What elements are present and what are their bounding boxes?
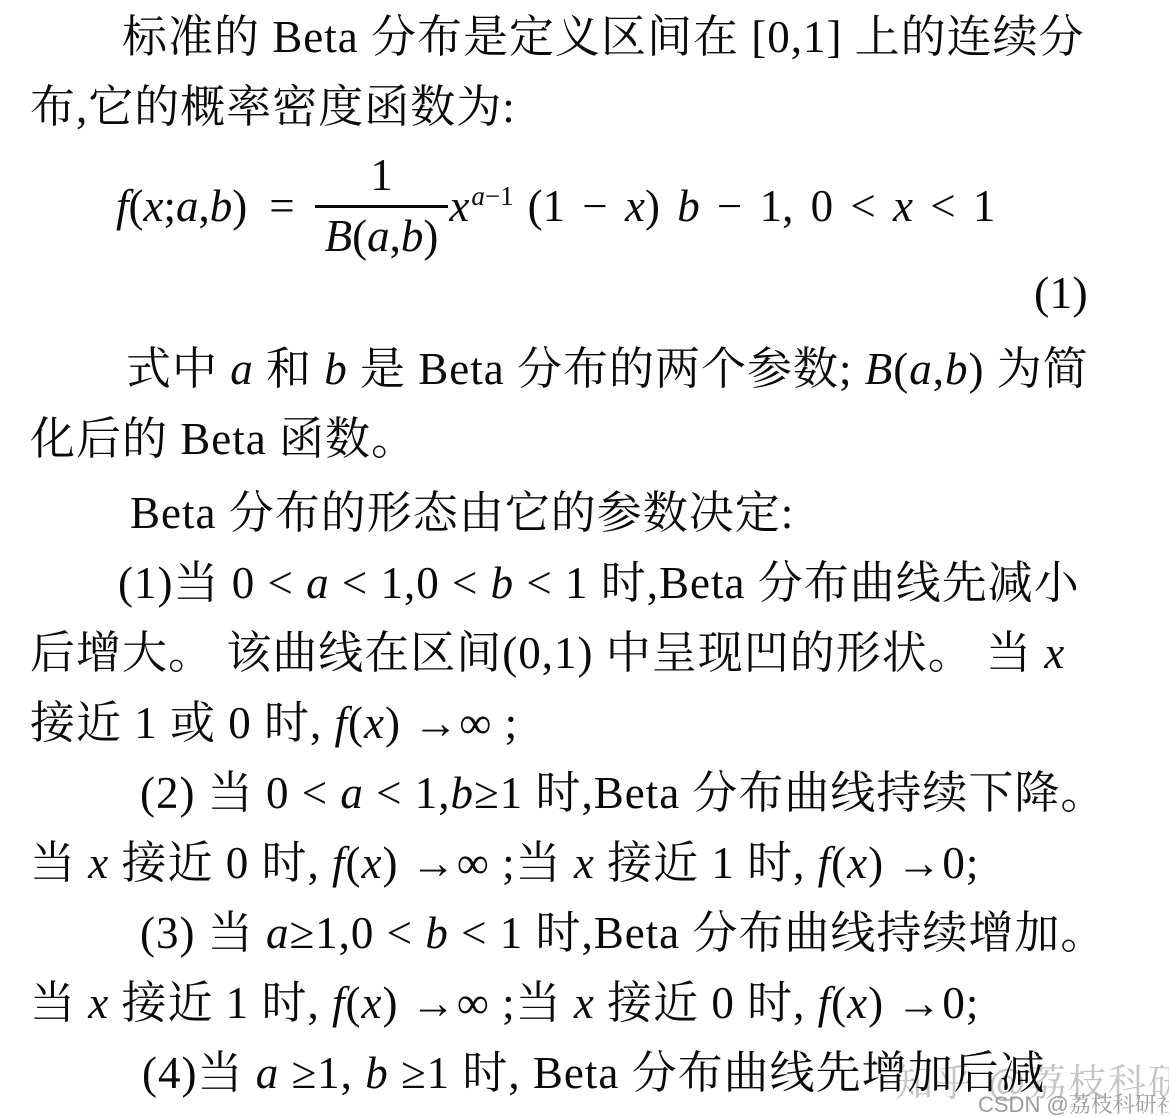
list-item-4-line-1: (4)当 a ≥1, b ≥1 时, Beta 分布曲线先增加后减 [142,1046,1046,1100]
math-variable: b [945,344,969,394]
text-run: ( [893,344,909,394]
text-run: (3) 当 [140,908,266,958]
math-variable: f [335,698,349,748]
text-run: < 1 时,Beta 分布曲线先减小 [514,558,1080,608]
text-line-3: 式中 a 和 b 是 Beta 分布的两个参数; B(a,b) 为简 [126,342,1089,396]
math-variable: b [425,908,449,958]
text-run: ; [164,181,177,231]
list-item-2-line-2: 当 x 接近 0 时, f(x) →∞ ;当 x 接近 1 时, f(x) →0… [30,836,979,890]
formula-lhs: f(x;a,b) [116,180,247,232]
text-run: 当 [30,978,88,1028]
math-variable: f [818,838,832,888]
math-variable: f [332,838,346,888]
text-run: ≥1, [279,1048,365,1098]
math-variable: a [266,908,290,958]
text-run: ) [383,838,399,888]
math-variable: f [116,181,129,231]
text-run: 接近 1 或 0 时, [30,698,335,748]
math-variable: x [364,698,385,748]
math-variable: a [176,181,199,231]
math-variable: x [625,181,645,231]
math-variable: x [574,978,595,1028]
text-run: < 1 [913,181,995,231]
math-variable: a [340,768,364,818]
text-run: Beta 分布的形态由它的参数决定: [130,488,794,538]
text-run: →∞ ;当 [399,978,574,1028]
math-variable: x [88,978,109,1028]
text-run: −1 [485,181,514,211]
math-variable: a [306,558,330,608]
math-variable: f [332,978,346,1028]
math-variable: b [210,181,233,231]
text-run: ) [385,698,401,748]
text-run: ( [831,838,847,888]
math-variable: x [362,978,383,1028]
math-variable: b [677,181,700,231]
text-run: →∞ ; [401,698,518,748]
text-run: ≥1 时,Beta 分布曲线持续下降。 [474,768,1106,818]
text-run: , [199,181,210,231]
math-variable: b [491,558,515,608]
equation-number: (1) [1034,266,1088,319]
text-run: →0; [884,838,979,888]
text-line-2: 布,它的概率密度函数为: [30,80,516,134]
text-run: , [390,211,401,261]
fraction-numerator: 1 [360,152,403,204]
text-run: ( [346,838,362,888]
list-item-3-line-2: 当 x 接近 1 时, f(x) →∞ ;当 x 接近 0 时, f(x) →0… [30,976,979,1030]
text-run: (1)当 0 < [118,558,306,608]
text-run: 接近 0 时, [109,838,332,888]
text-run: ) [645,181,677,231]
math-variable: a [909,344,933,394]
text-run: < 1, [364,768,451,818]
text-run: ) [868,838,884,888]
fraction-denominator: B(a,b) [315,205,449,260]
text-run: (1 − [528,181,625,231]
text-run: 化后的 Beta 函数。 [30,414,417,464]
math-variable: a [230,344,254,394]
text-run: ) [423,211,438,261]
text-line-5: Beta 分布的形态由它的参数决定: [130,486,794,540]
text-line-1: 标准的 Beta 分布是定义区间在 [0,1] 上的连续分 [122,10,1085,64]
text-run: ) [969,344,985,394]
text-run: 接近 1 时, [109,978,332,1028]
text-run: ) [868,978,884,1028]
document-page: 标准的 Beta 分布是定义区间在 [0,1] 上的连续分 布,它的概率密度函数… [0,0,1169,1117]
text-run: 接近 0 时, [595,978,818,1028]
text-run: →∞ ;当 [399,838,574,888]
math-variable: a [256,1048,280,1098]
list-item-1-line-3: 接近 1 或 0 时, f(x) →∞ ; [30,696,518,750]
math-variable: x [362,838,383,888]
text-run: < 1 时,Beta 分布曲线持续增加。 [449,908,1107,958]
math-variable: x [1044,628,1065,678]
text-run: ) [232,181,247,231]
math-variable: f [818,978,832,1028]
math-variable: x [847,838,868,888]
text-run: , [933,344,945,394]
text-run: ( [348,698,364,748]
power-term: xa−1 [449,180,513,232]
math-variable: B [325,211,353,261]
math-variable: b [365,1048,389,1098]
math-variable: a [367,211,390,261]
text-run: ( [831,978,847,1028]
text-run: ( [352,211,367,261]
list-item-3-line-1: (3) 当 a≥1,0 < b < 1 时,Beta 分布曲线持续增加。 [140,906,1106,960]
list-item-2-line-1: (2) 当 0 < a < 1,b≥1 时,Beta 分布曲线持续下降。 [140,766,1106,820]
power-exponent: a−1 [471,181,513,211]
text-run: 式中 [126,344,230,394]
beta-pdf-formula: f(x;a,b) = 1 B(a,b) xa−1 (1 − x) b − 1, … [116,150,995,262]
equals-sign: = [269,180,294,232]
text-run: 布,它的概率密度函数为: [30,82,516,132]
text-run: 为简 [985,344,1089,394]
math-variable: a [471,181,485,211]
text-run: (4)当 [142,1048,256,1098]
watermark-csdn: CSDN @荔枝科研社 [978,1088,1169,1117]
text-run: ≥1,0 < [289,908,425,958]
text-run: 当 [30,838,88,888]
math-variable: b [401,211,424,261]
formula-fraction: 1 B(a,b) [315,152,449,260]
text-run: (2) 当 0 < [140,768,340,818]
text-run: < 1,0 < [330,558,491,608]
math-variable: x [574,838,595,888]
math-variable: x [893,181,913,231]
text-run: 标准的 Beta 分布是定义区间在 [0,1] 上的连续分 [122,12,1085,62]
text-run: − 1, 0 < [700,181,893,231]
power-base: x [449,181,469,231]
text-run: 和 [254,344,325,394]
text-run: ( [129,181,144,231]
math-variable: x [144,181,164,231]
list-item-1-line-2: 后增大。 该曲线在区间(0,1) 中呈现凹的形状。 当 x [30,626,1065,680]
text-run: →0; [884,978,979,1028]
text-run: 接近 1 时, [595,838,818,888]
text-run: ) [383,978,399,1028]
math-variable: x [847,978,868,1028]
math-variable: B [865,344,894,394]
text-run: ≥1 时, Beta 分布曲线先增加后减 [389,1048,1046,1098]
math-variable: x [88,838,109,888]
text-run: ( [346,978,362,1028]
text-run: 后增大。 该曲线在区间(0,1) 中呈现凹的形状。 当 [30,628,1044,678]
list-item-1-line-1: (1)当 0 < a < 1,0 < b < 1 时,Beta 分布曲线先减小 [118,556,1080,610]
text-line-4: 化后的 Beta 函数。 [30,412,417,466]
math-variable: b [324,344,348,394]
formula-tail: (1 − x) b − 1, 0 < x < 1 [528,180,996,232]
text-run: 是 Beta 分布的两个参数; [348,344,865,394]
math-variable: b [451,768,475,818]
